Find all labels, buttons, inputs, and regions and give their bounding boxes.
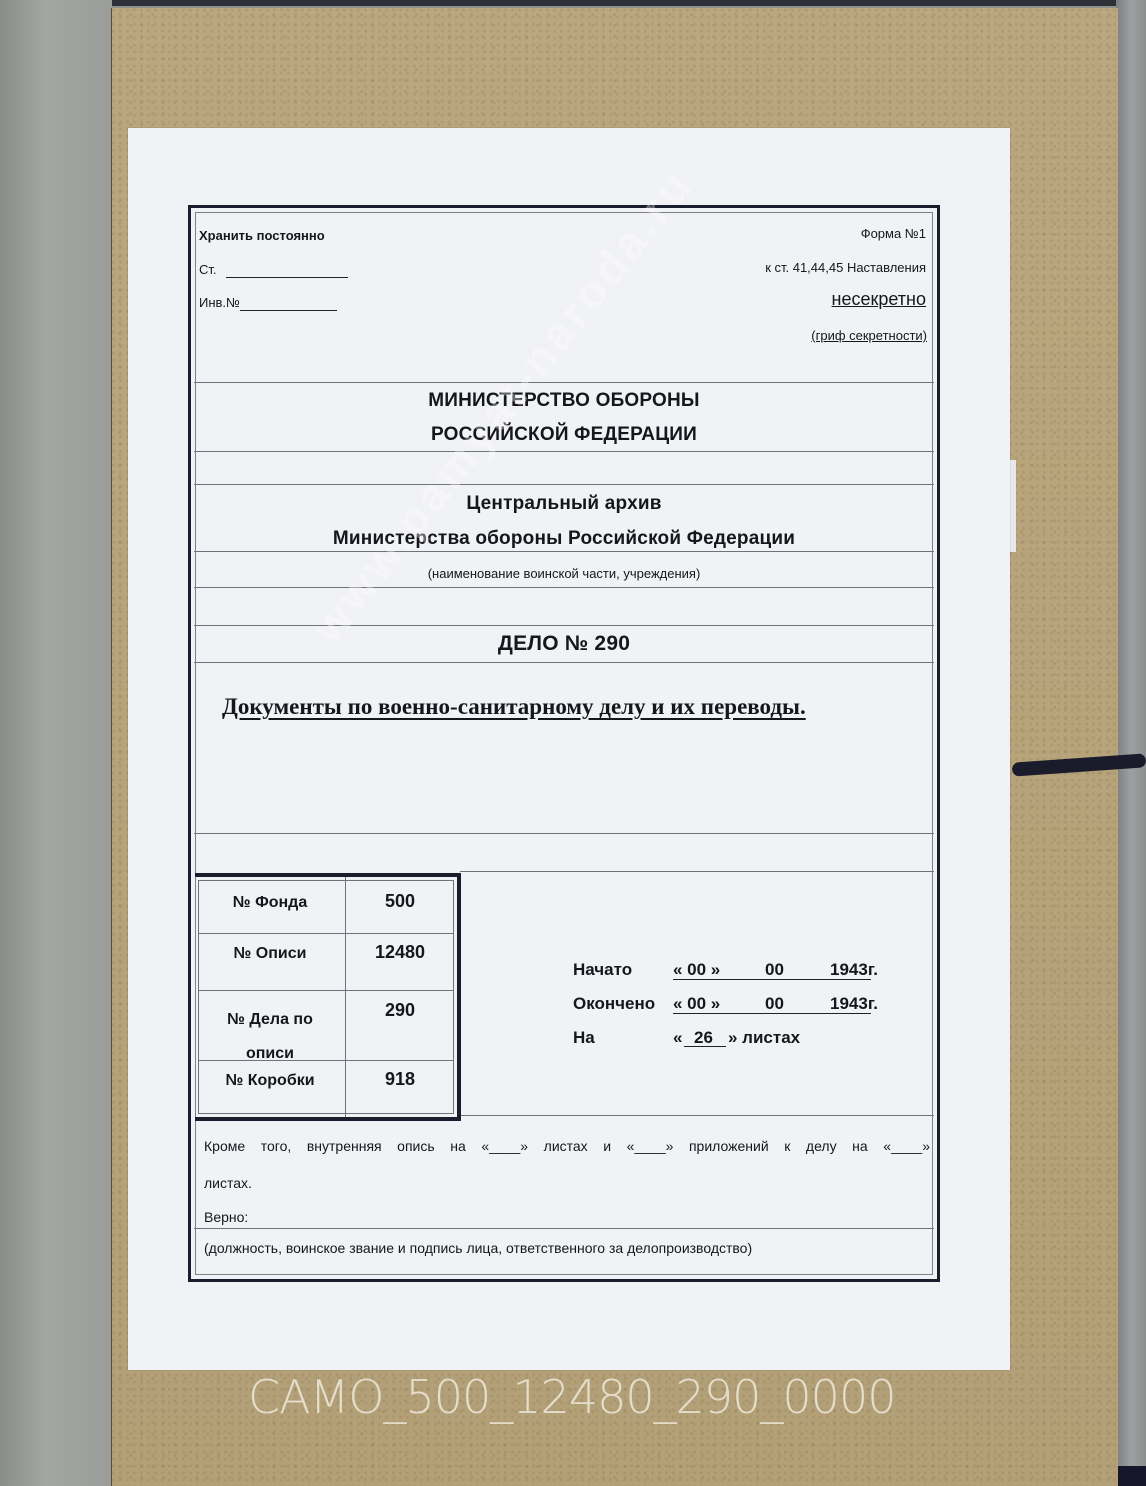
ended-label: Окончено bbox=[573, 994, 655, 1014]
secrecy-caption: (гриф секретности) bbox=[640, 328, 927, 343]
sheets-underline bbox=[684, 1046, 726, 1047]
ministry-line-1: МИНИСТЕРСТВО ОБОРОНЫ bbox=[194, 390, 934, 412]
ended-day: « 00 » bbox=[673, 994, 720, 1014]
archive-line-2: Министерства обороны Российской Федераци… bbox=[194, 528, 934, 550]
folder-spine bbox=[0, 0, 112, 1486]
started-month: 00 bbox=[765, 960, 784, 980]
rule-line bbox=[194, 662, 934, 663]
st-label: Ст. bbox=[199, 262, 217, 277]
rule-line bbox=[194, 382, 934, 383]
keep-permanently-label: Хранить постоянно bbox=[199, 228, 325, 243]
file-name-caption: CAMO_500_12480_290_0000 bbox=[248, 1370, 928, 1424]
sheets-open-quote: « bbox=[673, 1028, 682, 1048]
case-number: ДЕЛО № 290 bbox=[194, 632, 934, 656]
started-label: Начато bbox=[573, 960, 632, 980]
form-number: Форма №1 bbox=[640, 226, 926, 241]
internal-inventory-line: Кроме того, внутренняя опись на «____» л… bbox=[204, 1138, 930, 1154]
box-label: № Коробки bbox=[200, 1072, 340, 1090]
ended-year: 1943г. bbox=[830, 994, 878, 1014]
rule-line bbox=[194, 833, 934, 834]
delo-value: 290 bbox=[350, 1000, 450, 1021]
rule-line bbox=[194, 625, 934, 626]
rule-line bbox=[194, 484, 934, 485]
rule-line bbox=[194, 587, 934, 588]
secrecy-stamp: несекретно bbox=[640, 289, 926, 310]
ended-underline bbox=[673, 1013, 871, 1014]
started-underline bbox=[673, 979, 871, 980]
opis-value: 12480 bbox=[350, 942, 450, 963]
rule-line bbox=[194, 451, 934, 452]
ended-month: 00 bbox=[765, 994, 784, 1014]
table-column-divider bbox=[345, 877, 346, 1117]
st-blank bbox=[226, 262, 348, 278]
table-row-divider bbox=[198, 933, 454, 934]
sheets-count: 26 bbox=[694, 1028, 713, 1048]
rule-line bbox=[194, 1228, 934, 1229]
delo-label: № Дела по описи bbox=[205, 1003, 335, 1071]
case-title: Документы по военно-санитарному делу и и… bbox=[222, 694, 806, 720]
binding-top-edge bbox=[0, 0, 1146, 6]
signature-caption: (должность, воинское звание и подпись ли… bbox=[204, 1240, 752, 1256]
inv-field: Инв.№ bbox=[199, 295, 337, 311]
certified-label: Верно: bbox=[204, 1209, 248, 1225]
internal-inventory-line-2: листах. bbox=[204, 1175, 252, 1191]
fond-value: 500 bbox=[350, 891, 450, 912]
st-field: Ст. bbox=[199, 262, 348, 278]
rule-line bbox=[460, 871, 934, 872]
archive-caption: (наименование воинской части, учреждения… bbox=[194, 566, 934, 581]
rule-line bbox=[460, 1115, 934, 1116]
folder-right-edge bbox=[1116, 0, 1146, 1486]
box-value: 918 bbox=[350, 1069, 450, 1090]
opis-label: № Описи bbox=[200, 945, 340, 963]
started-year: 1943г. bbox=[830, 960, 878, 980]
started-day: « 00 » bbox=[673, 960, 720, 980]
sheets-label: На bbox=[573, 1028, 595, 1048]
articles-reference: к ст. 41,44,45 Наставления bbox=[640, 260, 926, 275]
inv-label: Инв.№ bbox=[199, 295, 240, 310]
fond-label: № Фонда bbox=[200, 894, 340, 912]
inv-blank bbox=[240, 295, 337, 311]
ministry-line-2: РОССИЙСКОЙ ФЕДЕРАЦИИ bbox=[194, 424, 934, 446]
sheets-suffix: » листах bbox=[728, 1028, 800, 1048]
archive-line-1: Центральный архив bbox=[194, 493, 934, 515]
table-row-divider bbox=[198, 990, 454, 991]
rule-line bbox=[194, 551, 934, 552]
